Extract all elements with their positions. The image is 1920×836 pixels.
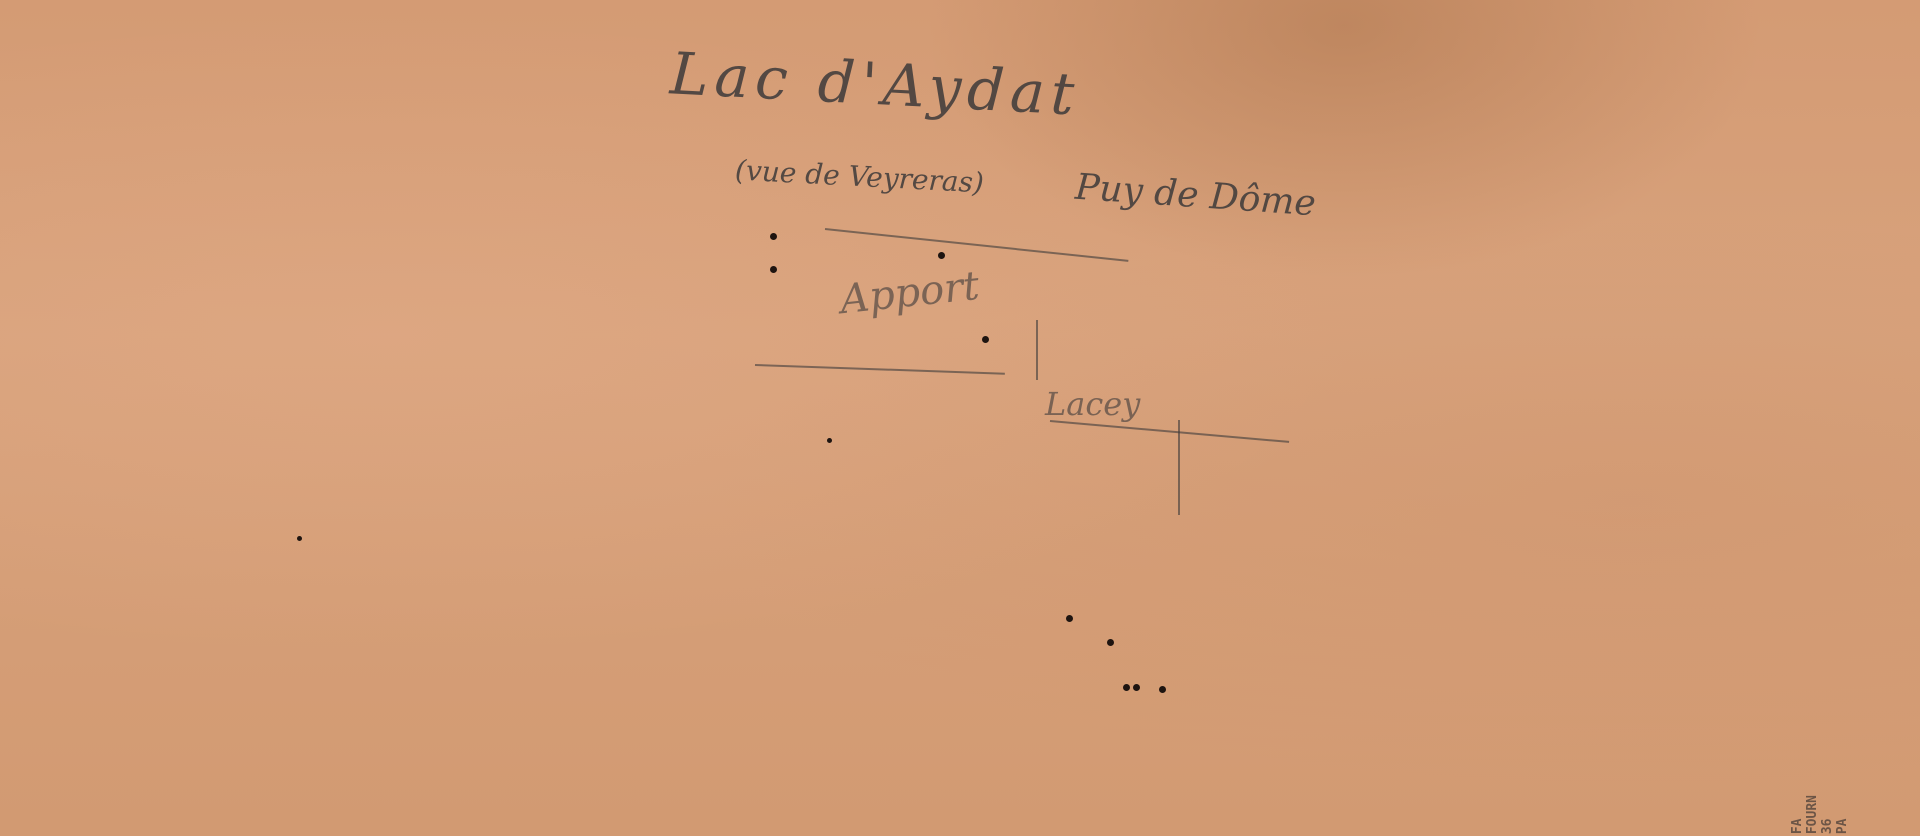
- stamp-line: FA: [1790, 795, 1805, 834]
- pin-hole: [938, 252, 945, 259]
- supplier-stamp: FA FOURN 36 PA: [1790, 795, 1850, 834]
- pin-hole: [1159, 686, 1166, 693]
- pin-hole: [1133, 684, 1140, 691]
- signature-first: Apport: [838, 263, 981, 323]
- pin-hole: [1066, 615, 1073, 622]
- stamp-line: 36: [1820, 795, 1835, 834]
- stamp-line: FOURN: [1805, 795, 1820, 834]
- inscription-region: Puy de Dôme: [1074, 167, 1317, 225]
- pin-hole: [770, 233, 777, 240]
- pin-hole: [982, 336, 989, 343]
- inscription-subtitle: (vue de Veyreras): [734, 154, 984, 200]
- pin-hole: [770, 266, 777, 273]
- pencil-stroke-2: [1178, 420, 1180, 515]
- stamp-line: PA: [1835, 795, 1850, 834]
- pin-hole: [1123, 684, 1130, 691]
- underline-1: [825, 228, 1129, 262]
- pencil-stroke-1: [1036, 320, 1038, 380]
- pin-hole: [827, 438, 832, 443]
- pin-hole: [1107, 639, 1114, 646]
- pin-hole: [297, 536, 302, 541]
- signature-second: Lacey: [1045, 385, 1140, 423]
- inscription-title: Lac d'Aydat: [669, 39, 1082, 128]
- underline-2: [755, 364, 1005, 375]
- cardboard-backing: Lac d'Aydat (vue de Veyreras) Puy de Dôm…: [0, 0, 1920, 836]
- underline-3: [1050, 420, 1289, 443]
